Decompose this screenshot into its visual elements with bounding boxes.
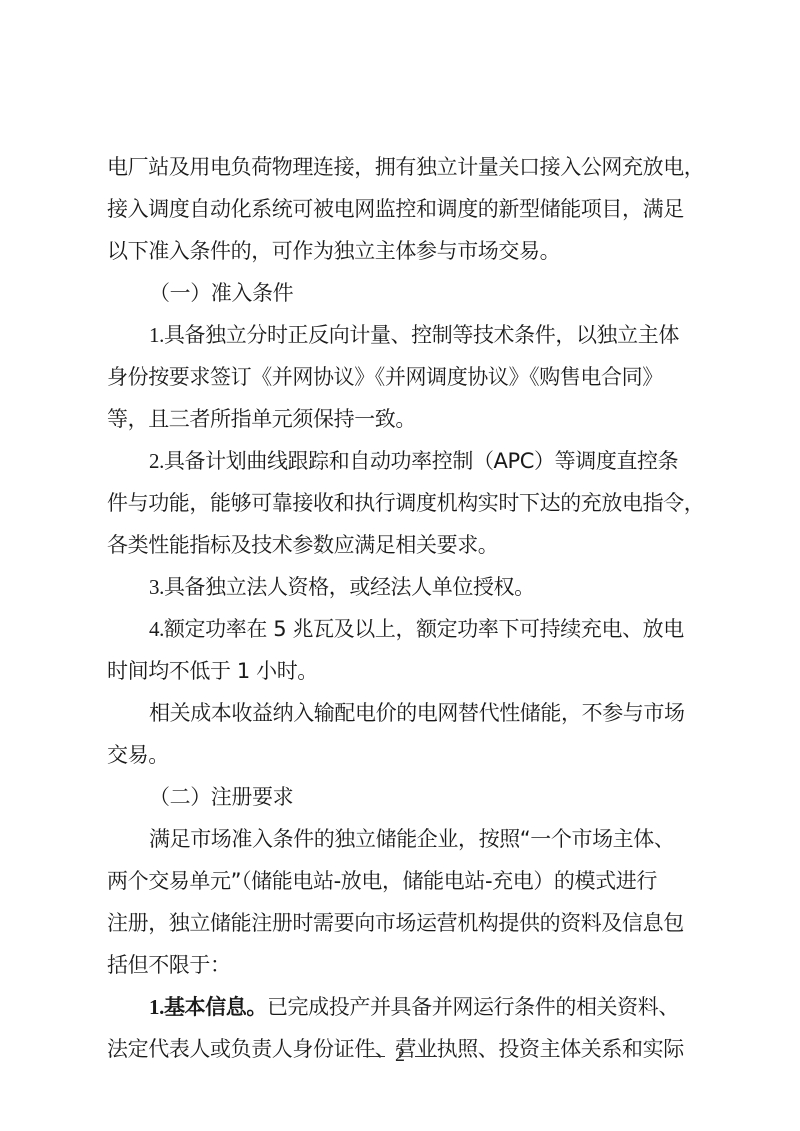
page-footer: 2 (0, 1044, 800, 1067)
text-line: 时间均不低于 1 小时。 (107, 650, 707, 692)
item-number: 1. (149, 323, 164, 347)
admission-note: 相关成本收益纳入输配电价的电网替代性储能，不参与市场 交易。 (107, 692, 707, 776)
text-line: 满足市场准入条件的独立储能企业，按照“一个市场主体、 (107, 818, 707, 860)
item-text: 额定功率在 5 兆瓦及以上，额定功率下可持续充电、放电 (164, 617, 684, 641)
registration-intro: 满足市场准入条件的独立储能企业，按照“一个市场主体、 两个交易单元”（储能电站-… (107, 818, 707, 986)
text-line: 接入调度自动化系统可被电网监控和调度的新型储能项目，满足 (107, 188, 707, 230)
text-line: 件与功能，能够可靠接收和执行调度机构实时下达的充放电指令， (107, 482, 707, 524)
text-line: 2.具备计划曲线跟踪和自动功率控制（APC）等调度直控条 (107, 440, 707, 482)
text-line: 括但不限于： (107, 944, 707, 986)
page-number: 2 (395, 1044, 405, 1066)
document-page: 电厂站及用电负荷物理连接，拥有独立计量关口接入公网充放电， 接入调度自动化系统可… (0, 0, 800, 1131)
admission-item-4: 4.额定功率在 5 兆瓦及以上，额定功率下可持续充电、放电 时间均不低于 1 小… (107, 608, 707, 692)
section-heading-admission: （一）准入条件 (107, 272, 707, 314)
dash-right (415, 1056, 437, 1057)
text-line: 相关成本收益纳入输配电价的电网替代性储能，不参与市场 (107, 692, 707, 734)
item-text: 已完成投产并具备并网运行条件的相关资料、 (267, 995, 679, 1019)
text-line: 注册，独立储能注册时需要向市场运营机构提供的资料及信息包 (107, 902, 707, 944)
text-line: 1.具备独立分时正反向计量、控制等技术条件，以独立主体 (107, 314, 707, 356)
text-line: 1.基本信息。已完成投产并具备并网运行条件的相关资料、 (107, 986, 707, 1028)
text-line: 各类性能指标及技术参数应满足相关要求。 (107, 524, 707, 566)
item-bold-label: 基本信息。 (164, 995, 267, 1019)
text-line: 交易。 (107, 734, 707, 776)
heading-text: （二）注册要求 (149, 785, 293, 809)
section-heading-registration: （二）注册要求 (107, 776, 707, 818)
text-line: 4.额定功率在 5 兆瓦及以上，额定功率下可持续充电、放电 (107, 608, 707, 650)
dash-left (363, 1056, 385, 1057)
text-line: 等，且三者所指单元须保持一致。 (107, 398, 707, 440)
text-line: 两个交易单元”（储能电站-放电，储能电站-充电）的模式进行 (107, 860, 707, 902)
heading-text: （一）准入条件 (149, 281, 293, 305)
item-text: 具备计划曲线跟踪和自动功率控制（APC）等调度直控条 (164, 449, 678, 473)
text-line: 电厂站及用电负荷物理连接，拥有独立计量关口接入公网充放电， (107, 146, 707, 188)
intro-paragraph: 电厂站及用电负荷物理连接，拥有独立计量关口接入公网充放电， 接入调度自动化系统可… (107, 146, 707, 272)
text-line: 3.具备独立法人资格，或经法人单位授权。 (107, 566, 707, 608)
admission-item-1: 1.具备独立分时正反向计量、控制等技术条件，以独立主体 身份按要求签订《并网协议… (107, 314, 707, 440)
admission-item-3: 3.具备独立法人资格，或经法人单位授权。 (107, 566, 707, 608)
item-text: 具备独立分时正反向计量、控制等技术条件，以独立主体 (164, 323, 679, 347)
text-line: 以下准入条件的，可作为独立主体参与市场交易。 (107, 230, 707, 272)
item-number: 2. (149, 449, 164, 473)
item-number: 1. (149, 995, 164, 1019)
document-body: 电厂站及用电负荷物理连接，拥有独立计量关口接入公网充放电， 接入调度自动化系统可… (107, 146, 707, 1070)
item-number: 4. (149, 617, 164, 641)
text-line: 身份按要求签订《并网协议》《并网调度协议》《购售电合同》 (107, 356, 707, 398)
item-number: 3. (149, 575, 164, 599)
admission-item-2: 2.具备计划曲线跟踪和自动功率控制（APC）等调度直控条 件与功能，能够可靠接收… (107, 440, 707, 566)
item-text: 具备独立法人资格，或经法人单位授权。 (164, 575, 535, 599)
